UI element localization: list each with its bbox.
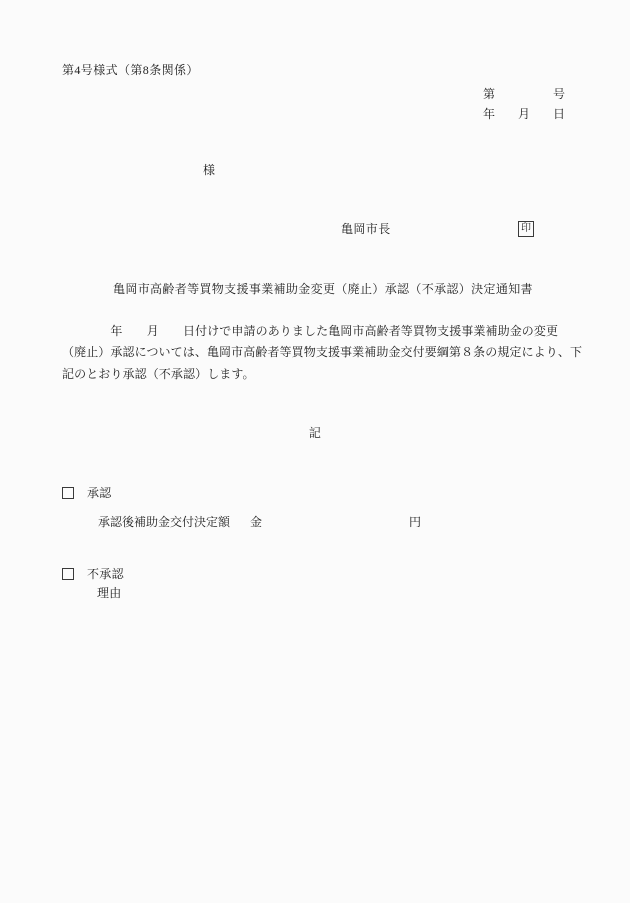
document-page: 第4号様式（第8条関係） 第 号 年 月 日 様 亀岡市長 印 亀岡市高齢者等買… — [0, 0, 630, 903]
date-month-label: 月 — [518, 107, 530, 121]
disapproval-row: 不承認 — [62, 567, 124, 581]
disapproval-label: 不承認 — [87, 567, 124, 581]
body-paragraph: 年 月 日付けで申請のありました亀岡市高齢者等買物支援事業補助金の変更 （廃止）… — [62, 321, 578, 385]
form-number-label: 第4号様式（第8条関係） — [62, 63, 199, 77]
date-day-label: 日 — [553, 107, 565, 121]
doc-number-prefix-label: 第 — [483, 87, 495, 101]
approval-checkbox-icon[interactable] — [62, 487, 74, 499]
approval-label: 承認 — [87, 486, 112, 500]
date-year-label: 年 — [483, 107, 495, 121]
seal-icon: 印 — [518, 221, 534, 237]
recipient-honorific: 様 — [203, 163, 215, 177]
record-heading: 記 — [0, 426, 630, 440]
sender-title: 亀岡市長 — [341, 222, 391, 236]
body-line: （廃止）承認については、亀岡市高齢者等買物支援事業補助金交付要綱第８条の規定によ… — [62, 342, 578, 363]
document-title: 亀岡市高齢者等買物支援事業補助金変更（廃止）承認（不承認）決定通知書 — [113, 282, 533, 296]
reason-label: 理由 — [97, 586, 122, 600]
doc-number-line: 第 号 — [483, 87, 565, 101]
approval-row: 承認 — [62, 486, 112, 500]
approval-amount-row: 承認後補助金交付決定額 金 円 — [98, 515, 421, 529]
currency-suffix-label: 円 — [409, 515, 421, 529]
disapproval-checkbox-icon[interactable] — [62, 568, 74, 580]
date-line: 年 月 日 — [483, 107, 565, 121]
body-line: 記のとおり承認（不承認）します。 — [62, 364, 578, 385]
seal-text: 印 — [521, 224, 531, 234]
currency-prefix-label: 金 — [250, 515, 262, 529]
body-line: 年 月 日付けで申請のありました亀岡市高齢者等買物支援事業補助金の変更 — [62, 321, 578, 342]
doc-number-suffix-label: 号 — [553, 87, 565, 101]
amount-label: 承認後補助金交付決定額 — [98, 515, 230, 529]
